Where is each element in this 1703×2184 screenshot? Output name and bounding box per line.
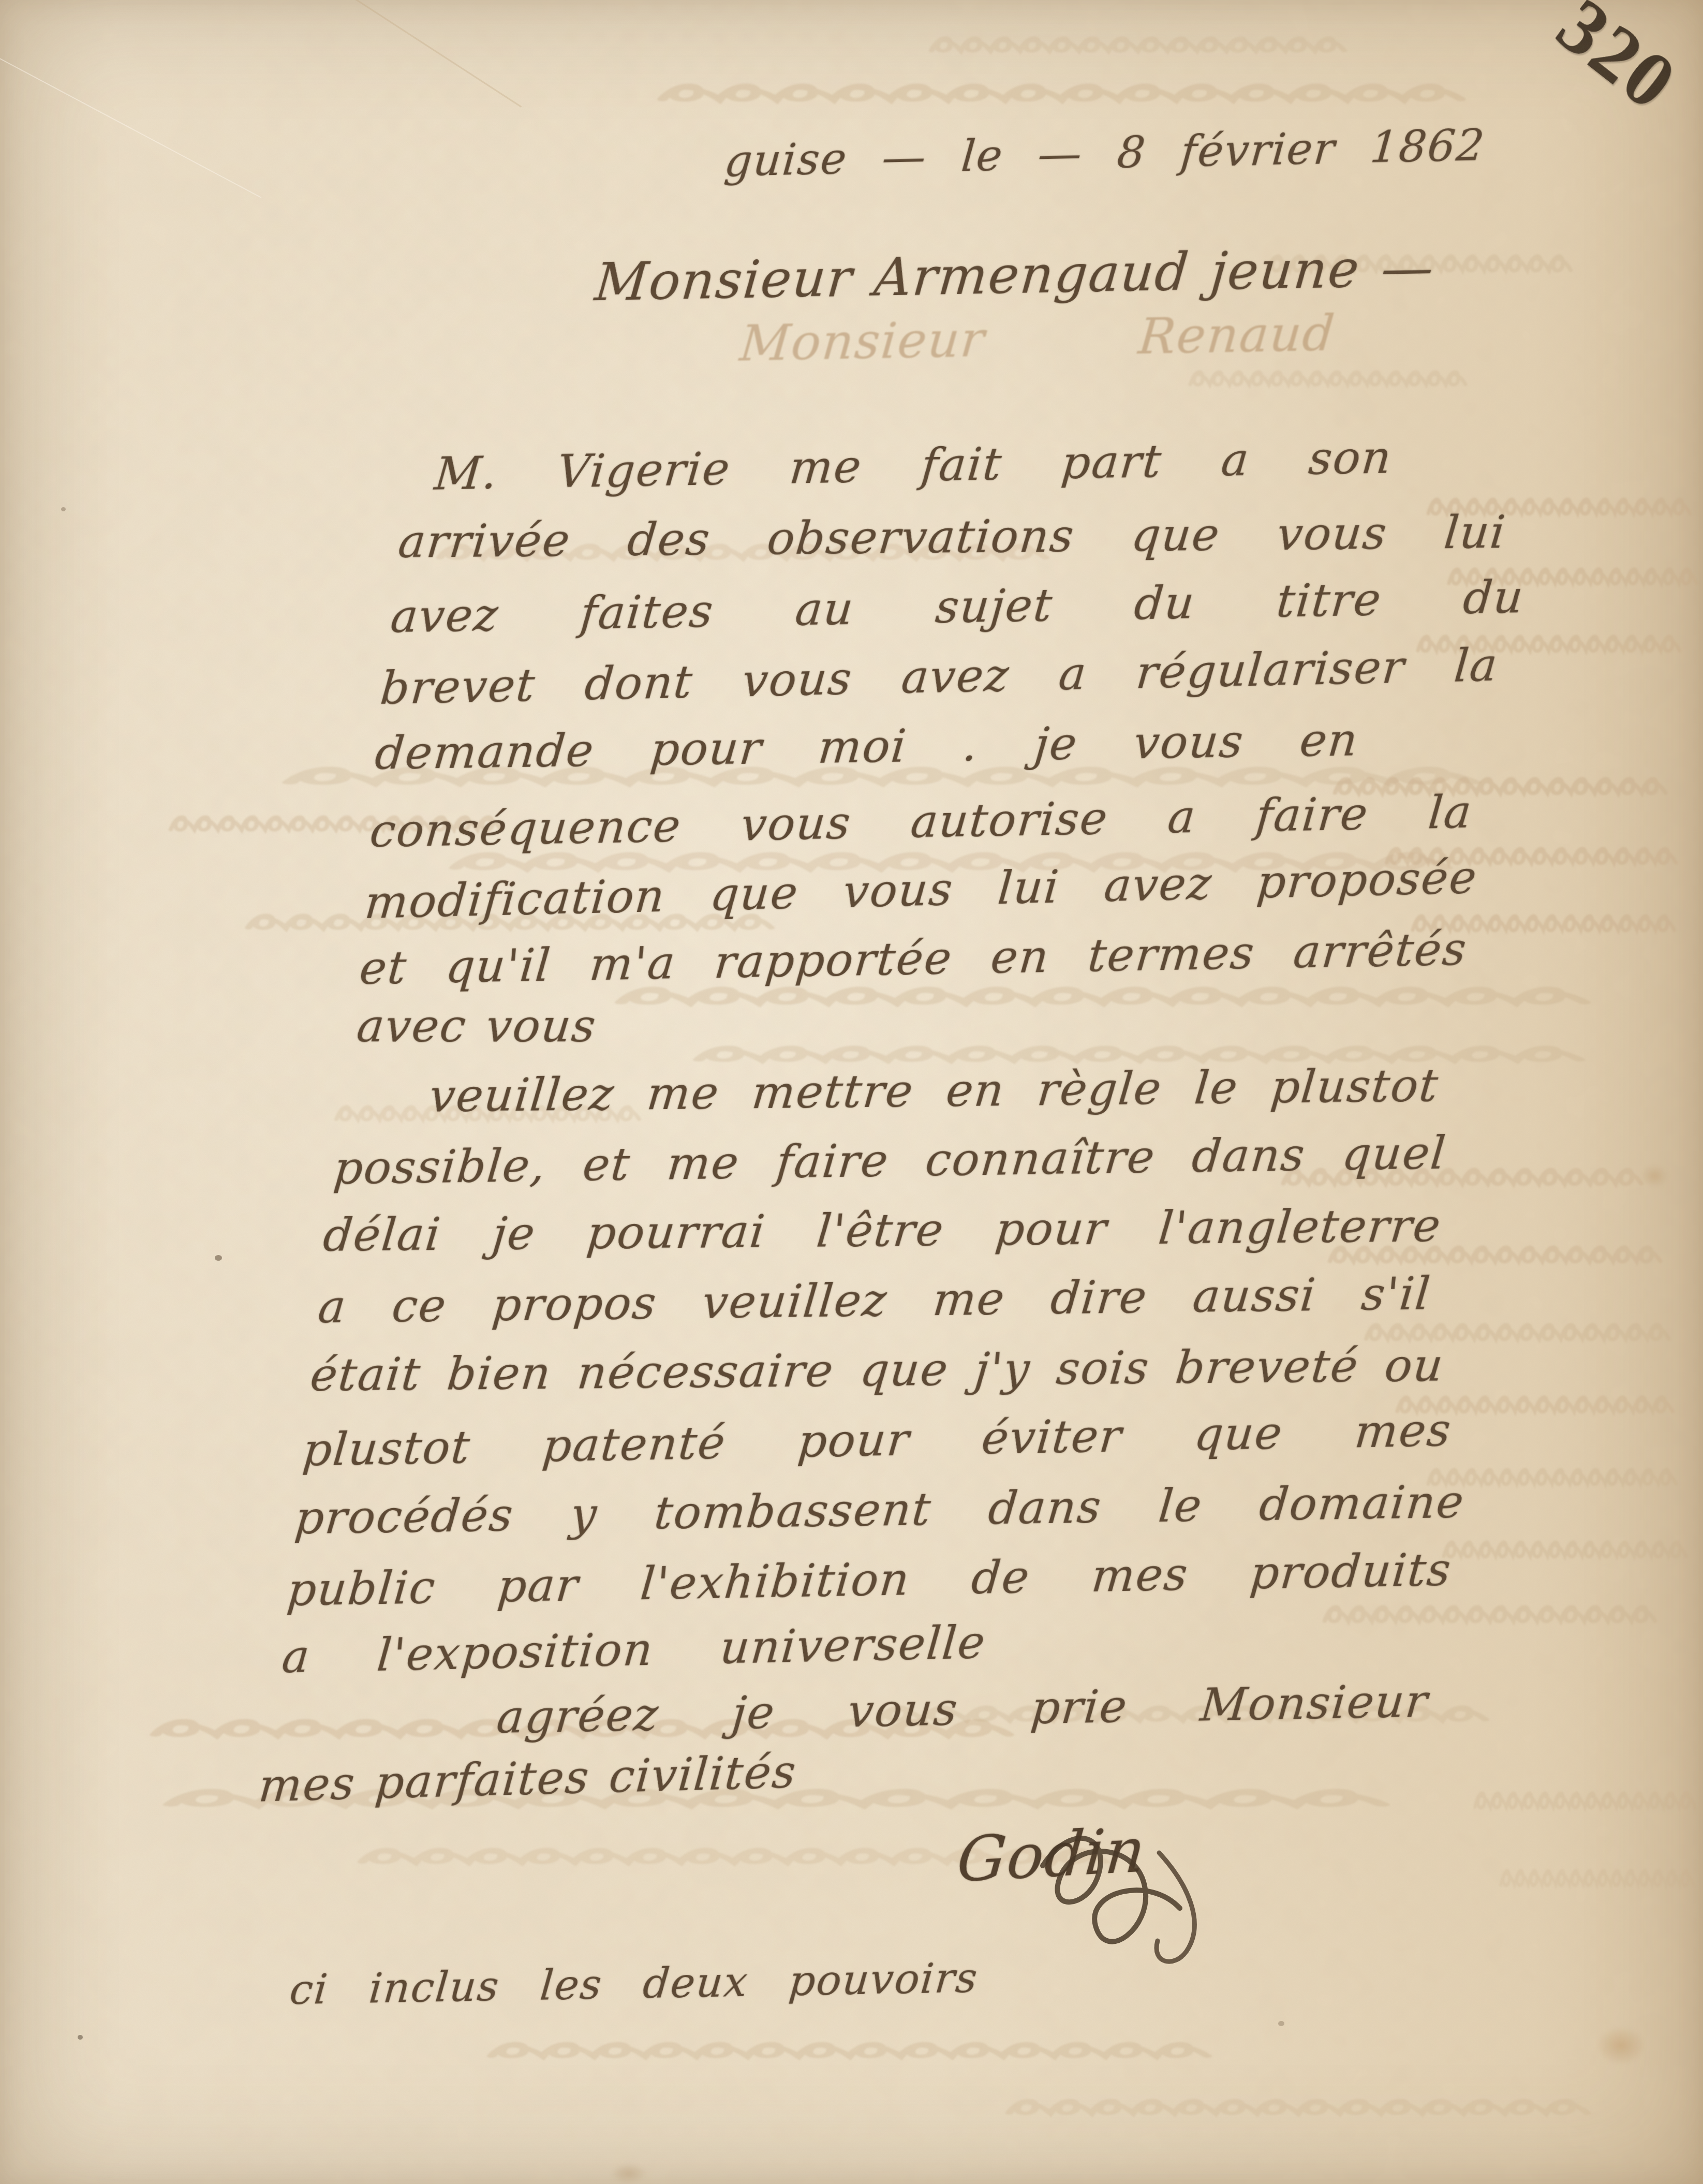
body-line: veuillez me mettre en règle le plustot	[427, 1061, 1441, 1121]
bleedthrough-salutation: Monsieur Renaud	[737, 305, 1337, 373]
signature-flourish	[1027, 1835, 1265, 1990]
body-line: délai je pourrai l'être pour l'angleterr…	[321, 1201, 1443, 1261]
ink-speck	[61, 507, 66, 511]
scanned-letter-page: { "document": { "kind": "handwritten let…	[0, 0, 1703, 2184]
salutation: Monsieur Armengaud jeune —	[593, 240, 1404, 311]
ink-speck	[215, 1255, 222, 1261]
stain	[1596, 2026, 1646, 2065]
stain	[611, 2163, 647, 2184]
body-line: avec vous	[354, 1001, 567, 1052]
body-line: arrivée des observations que vous lui	[396, 508, 1508, 568]
ink-speck	[1278, 2021, 1284, 2026]
body-line: était bien nécessaire que j'y sois breve…	[308, 1340, 1446, 1400]
stain	[1640, 1164, 1669, 1188]
ink-speck	[78, 2035, 83, 2040]
